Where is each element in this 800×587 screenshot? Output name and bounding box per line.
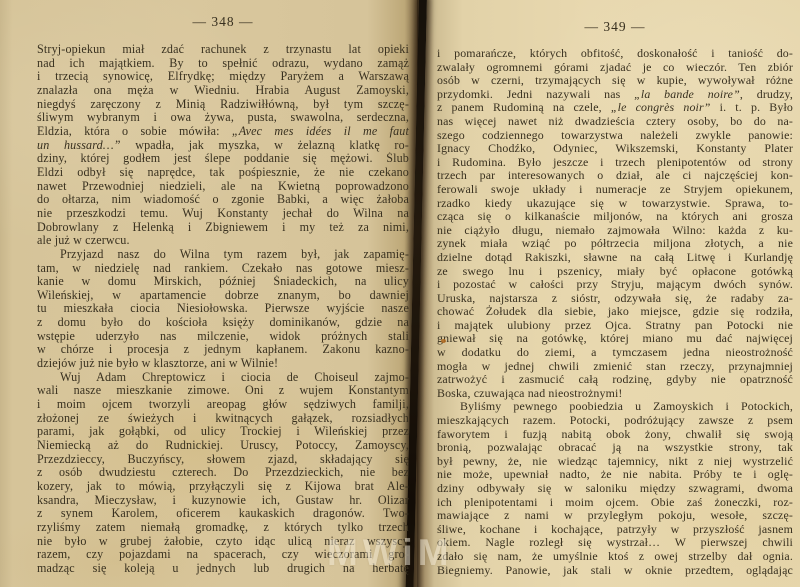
page-number-left: — 348 — [37,14,409,30]
text-line: gniewał się na gotówkę, której miano mu … [437,332,793,346]
text-line: Uruska, najstarsza z sióstr, odzywała si… [437,292,793,306]
text-line: mawiające z nami w przyległym pokoju, we… [437,509,793,523]
text-line: w dodatku do ziemi, a tymczasem jedna ni… [437,346,793,360]
text-line: i trzecią synowicę, Elfrydkę; między Par… [37,70,409,84]
text-line: nas więcej nawet niż dwadzieścia cztery … [437,115,793,129]
text-line: nie przeszkodzi temu. Wuj Konstanty jech… [37,207,409,221]
text-line: i moim ojcem tworzyli areopag głów sędzi… [37,398,409,412]
text-line: Przyjazd nasz do Wilna tym razem był, ja… [37,248,409,262]
text-line: rzadko kiedy ukazujące się w towarzystwi… [437,197,793,211]
text-line: do ołtarza, nim wiadomość o zgonie Babki… [37,193,409,207]
text-line: w chórze i procesja z jednym kapłanem. Z… [37,343,409,357]
text-line: madząc się koleją u jednych lub drugich … [37,562,409,576]
text-line: śliwe, kochane i kochające, patrzyły w p… [437,523,793,537]
text-line: osób w czerni, trzymających się w kupie,… [437,74,793,88]
text-line: śliwym wybranym i owa żywa, pusta, swawo… [37,111,409,125]
text-line: był pewny, że, nie wiedząc tajemnicy, ni… [437,455,793,469]
text-line: Eldzi odbył się naprędce, tak pośpieszni… [37,166,409,180]
text-line: cząca się o kilkanaście miljonów, na któ… [437,210,793,224]
text-line: zynek miała wziąć po półtrzecia miljona … [437,237,793,251]
text-line: Dobrowlany z Helenką i Zbigniewem i my t… [37,221,409,235]
text-line: tam, w niedzielę nad rankiem. Czekało na… [37,262,409,276]
text-line: Ignacy Chodźko, Odyniec, Wikszemski, Kon… [437,142,793,156]
text-line: zwalały ogromnemi górami zjadać je co wi… [437,61,793,75]
text-line: z panem Rudominą na czele, „le congrès n… [437,101,793,115]
text-line: Biegniemy. Panowie, jak stali w oknie pr… [437,564,793,578]
text-line: nie ciążyło długu, niemało zajmowała Wil… [437,224,793,238]
text-line: chować Żołudek dla siebie, jako miejsce,… [437,305,793,319]
right-page-text: i pomarańcze, których obfitość, doskonał… [437,47,793,577]
text-line: nie może, upewniał nadto, że nie nabita.… [437,468,793,482]
text-line: wstępie uderzyło nas milczenie, widok pr… [37,330,409,344]
text-line: okiem. Nagle rozległ się wystrzał… W pie… [437,536,793,550]
text-line: parami, jak gołąbki, od ulicy Trockiej i… [37,425,409,439]
text-line: Eldzia, która o sobie mówiła: „Avec mes … [37,125,409,139]
left-page-text: Stryj-opiekun miał zdać rachunek z trzyn… [37,43,409,576]
text-line: dziny, której godłem jest ślepe poddanie… [37,152,409,166]
text-line: tu mieszkała ciocia Niesiołowska. Pierws… [37,302,409,316]
text-line: razem, czy pojazdami na spacerach, czy w… [37,548,409,562]
text-line: z domu było do kościoła księży dominikan… [37,316,409,330]
text-line: nie było w grubej żałobie, czyto idąc ul… [37,535,409,549]
text-line: bronią, pozwalając obracać ją na wszystk… [437,441,793,455]
text-line: trzech par interesowanych o dział, ale c… [437,169,793,183]
text-line: ich plenipotentami i moim ojcem. Obie za… [437,496,793,510]
text-line: szego codziennego towarzystwa należeli z… [437,129,793,143]
text-line: z synem Karolem, oficerem kaukaskich dra… [37,507,409,521]
text-line: Stryj-opiekun miał zdać rachunek z trzyn… [37,43,409,57]
text-line: Przezdzieccy, Buczyńscy, słowem zjazd, s… [37,453,409,467]
text-line: ale już w czerwcu. [37,234,409,248]
text-line: zatrwożyć i zasmucić całą rodzinę, gdyby… [437,373,793,387]
text-line: ze swego lnu i pszenicy, miały być opłac… [437,265,793,279]
text-line: nad ich majątkiem. By to spełnić odrazu,… [37,57,409,71]
text-line: znalazła ona męża w Wiedniu. Hrabia Augu… [37,84,409,98]
text-line: nawet Przewodniej niedzieli, ale na Kwie… [37,180,409,194]
text-line: i Rudomina. Było jeszcze i trzech plenip… [437,156,793,170]
text-line: rzyliśmy zatem niemałą gromadkę, z który… [37,521,409,535]
text-line: mogła w jednej chwili zmienić stan rzecz… [437,360,793,374]
text-line: z osób dwudziestu czterech. Do Przezdzie… [37,466,409,480]
text-line: przydomki. Jedni nazywali nas „la bande … [437,88,793,102]
text-line: kanie w domu Mirskich, później Śniadecki… [37,275,409,289]
text-line: dzielne dotąd Rakiszki, sławne na całą L… [437,251,793,265]
text-line: zdało się nam, że umyślnie ktoś z owej s… [437,550,793,564]
text-line: mieszkających razem. Potocki, podróżując… [437,414,793,428]
text-line: Niemiecką aż do Rudnickiej. Uruscy, Poto… [37,439,409,453]
page-number-right: — 349 — [437,19,793,35]
paper-stain [441,339,446,343]
text-line: i pozostać w całości przy Stryju, mający… [437,278,793,292]
text-line: Byliśmy pewnego poobiedzia u Zamoyskich … [437,400,793,414]
text-line: faworytem i fuzją nabitą obok żony, chwa… [437,428,793,442]
text-line: dziejów już nie było w klasztorze, ani w… [37,357,409,371]
text-line: ksandra, Mieczysław, i kuzynowie ich, Gu… [37,494,409,508]
text-line: niegdyś zaręczony z Minią Radziwiłłówną,… [37,98,409,112]
text-line: Boska, czuwająca nad nieostrożnymi! [437,387,793,401]
text-line: i majątek ulubiony przez Ojca. Stratny p… [437,319,793,333]
text-line: Wuj Adam Chreptowicz i ciocia de Choiseu… [37,371,409,385]
text-line: un hussard…” wpadła, jak myszka, w żelaz… [37,139,409,153]
text-line: kozery, jak to mówią, przyłączyli się z … [37,480,409,494]
text-line: wali nasze mieszkanie zimowe. Oni z wuje… [37,384,409,398]
text-line: dziny odbywały się w saloniku między szw… [437,482,793,496]
text-line: złożonej ze świeżych i kwitnących gałąze… [37,412,409,426]
text-line: Wileńskiej, w apartamencie dobrze znanym… [37,289,409,303]
text-line: ferowali swoje układy i numeracje ze Str… [437,183,793,197]
text-line: i pomarańcze, których obfitość, doskonał… [437,47,793,61]
